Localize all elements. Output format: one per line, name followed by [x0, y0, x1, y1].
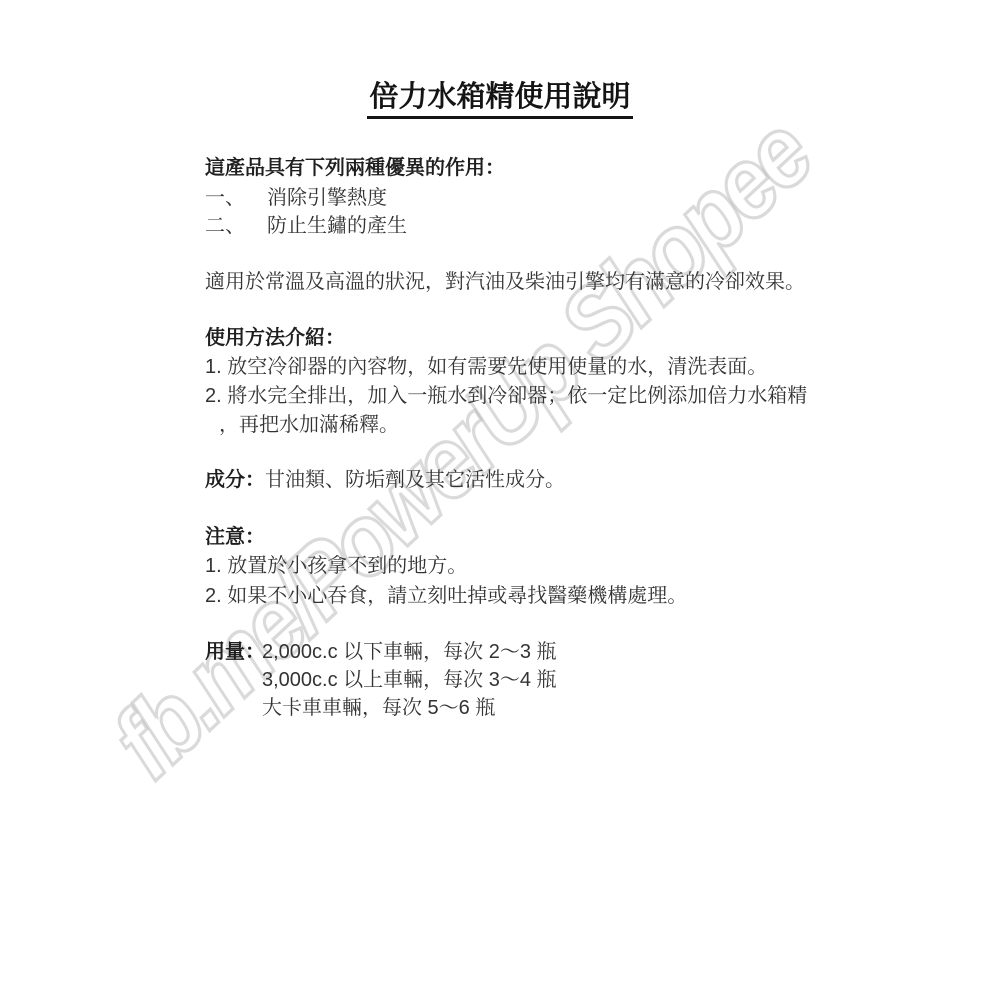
dosage-line-2: 3,000c.c 以上車輛，每次 3～4 瓶: [262, 667, 557, 693]
title-row: 倍力水箱精使用說明: [0, 80, 1000, 119]
caution-item-2: 2. 如果不小心吞食，請立刻吐掉或尋找醫藥機構處理。: [205, 583, 687, 609]
ingredients-line: 成分：甘油類、防垢劑及其它活性成分。: [205, 467, 565, 493]
dosage-line-1: 用量：2,000c.c 以下車輛，每次 2～3 瓶: [205, 639, 557, 665]
usage-heading: 使用方法介紹：: [205, 325, 345, 351]
benefit-marker-2: 二、: [205, 213, 267, 239]
page-title: 倍力水箱精使用說明: [367, 80, 632, 119]
dosage-text-1: 2,000c.c 以下車輛，每次 2～3 瓶: [262, 641, 557, 663]
ingredients-text: 甘油類、防垢劑及其它活性成分。: [265, 469, 565, 491]
dosage-line-3: 大卡車車輛，每次 5～6 瓶: [262, 695, 495, 721]
document-page: fb.me/PowerUp Shopee 倍力水箱精使用說明 這產品具有下列兩種…: [0, 0, 1000, 1000]
intro-heading: 這產品具有下列兩種優異的作用：: [205, 155, 505, 181]
benefit-marker-1: 一、: [205, 185, 267, 211]
applicability-text: 適用於常溫及高溫的狀況，對汽油及柴油引擎均有滿意的冷卻效果。: [205, 269, 805, 295]
dosage-label: 用量：: [205, 639, 262, 665]
usage-step-1: 1. 放空冷卻器的內容物，如有需要先使用使量的水，清洗表面。: [205, 354, 767, 380]
benefit-text-2: 防止生鏽的產生: [267, 215, 407, 237]
caution-item-1: 1. 放置於小孩拿不到的地方。: [205, 553, 467, 579]
caution-heading: 注意：: [205, 524, 265, 550]
benefit-item-2: 二、防止生鏽的產生: [205, 213, 407, 239]
ingredients-label: 成分：: [205, 469, 265, 491]
usage-step-2-continued: ，再把水加滿稀釋。: [219, 412, 399, 438]
benefit-item-1: 一、消除引擎熱度: [205, 185, 387, 211]
benefit-text-1: 消除引擎熱度: [267, 187, 387, 209]
usage-step-2: 2. 將水完全排出，加入一瓶水到冷卻器；依一定比例添加倍力水箱精: [205, 383, 807, 409]
